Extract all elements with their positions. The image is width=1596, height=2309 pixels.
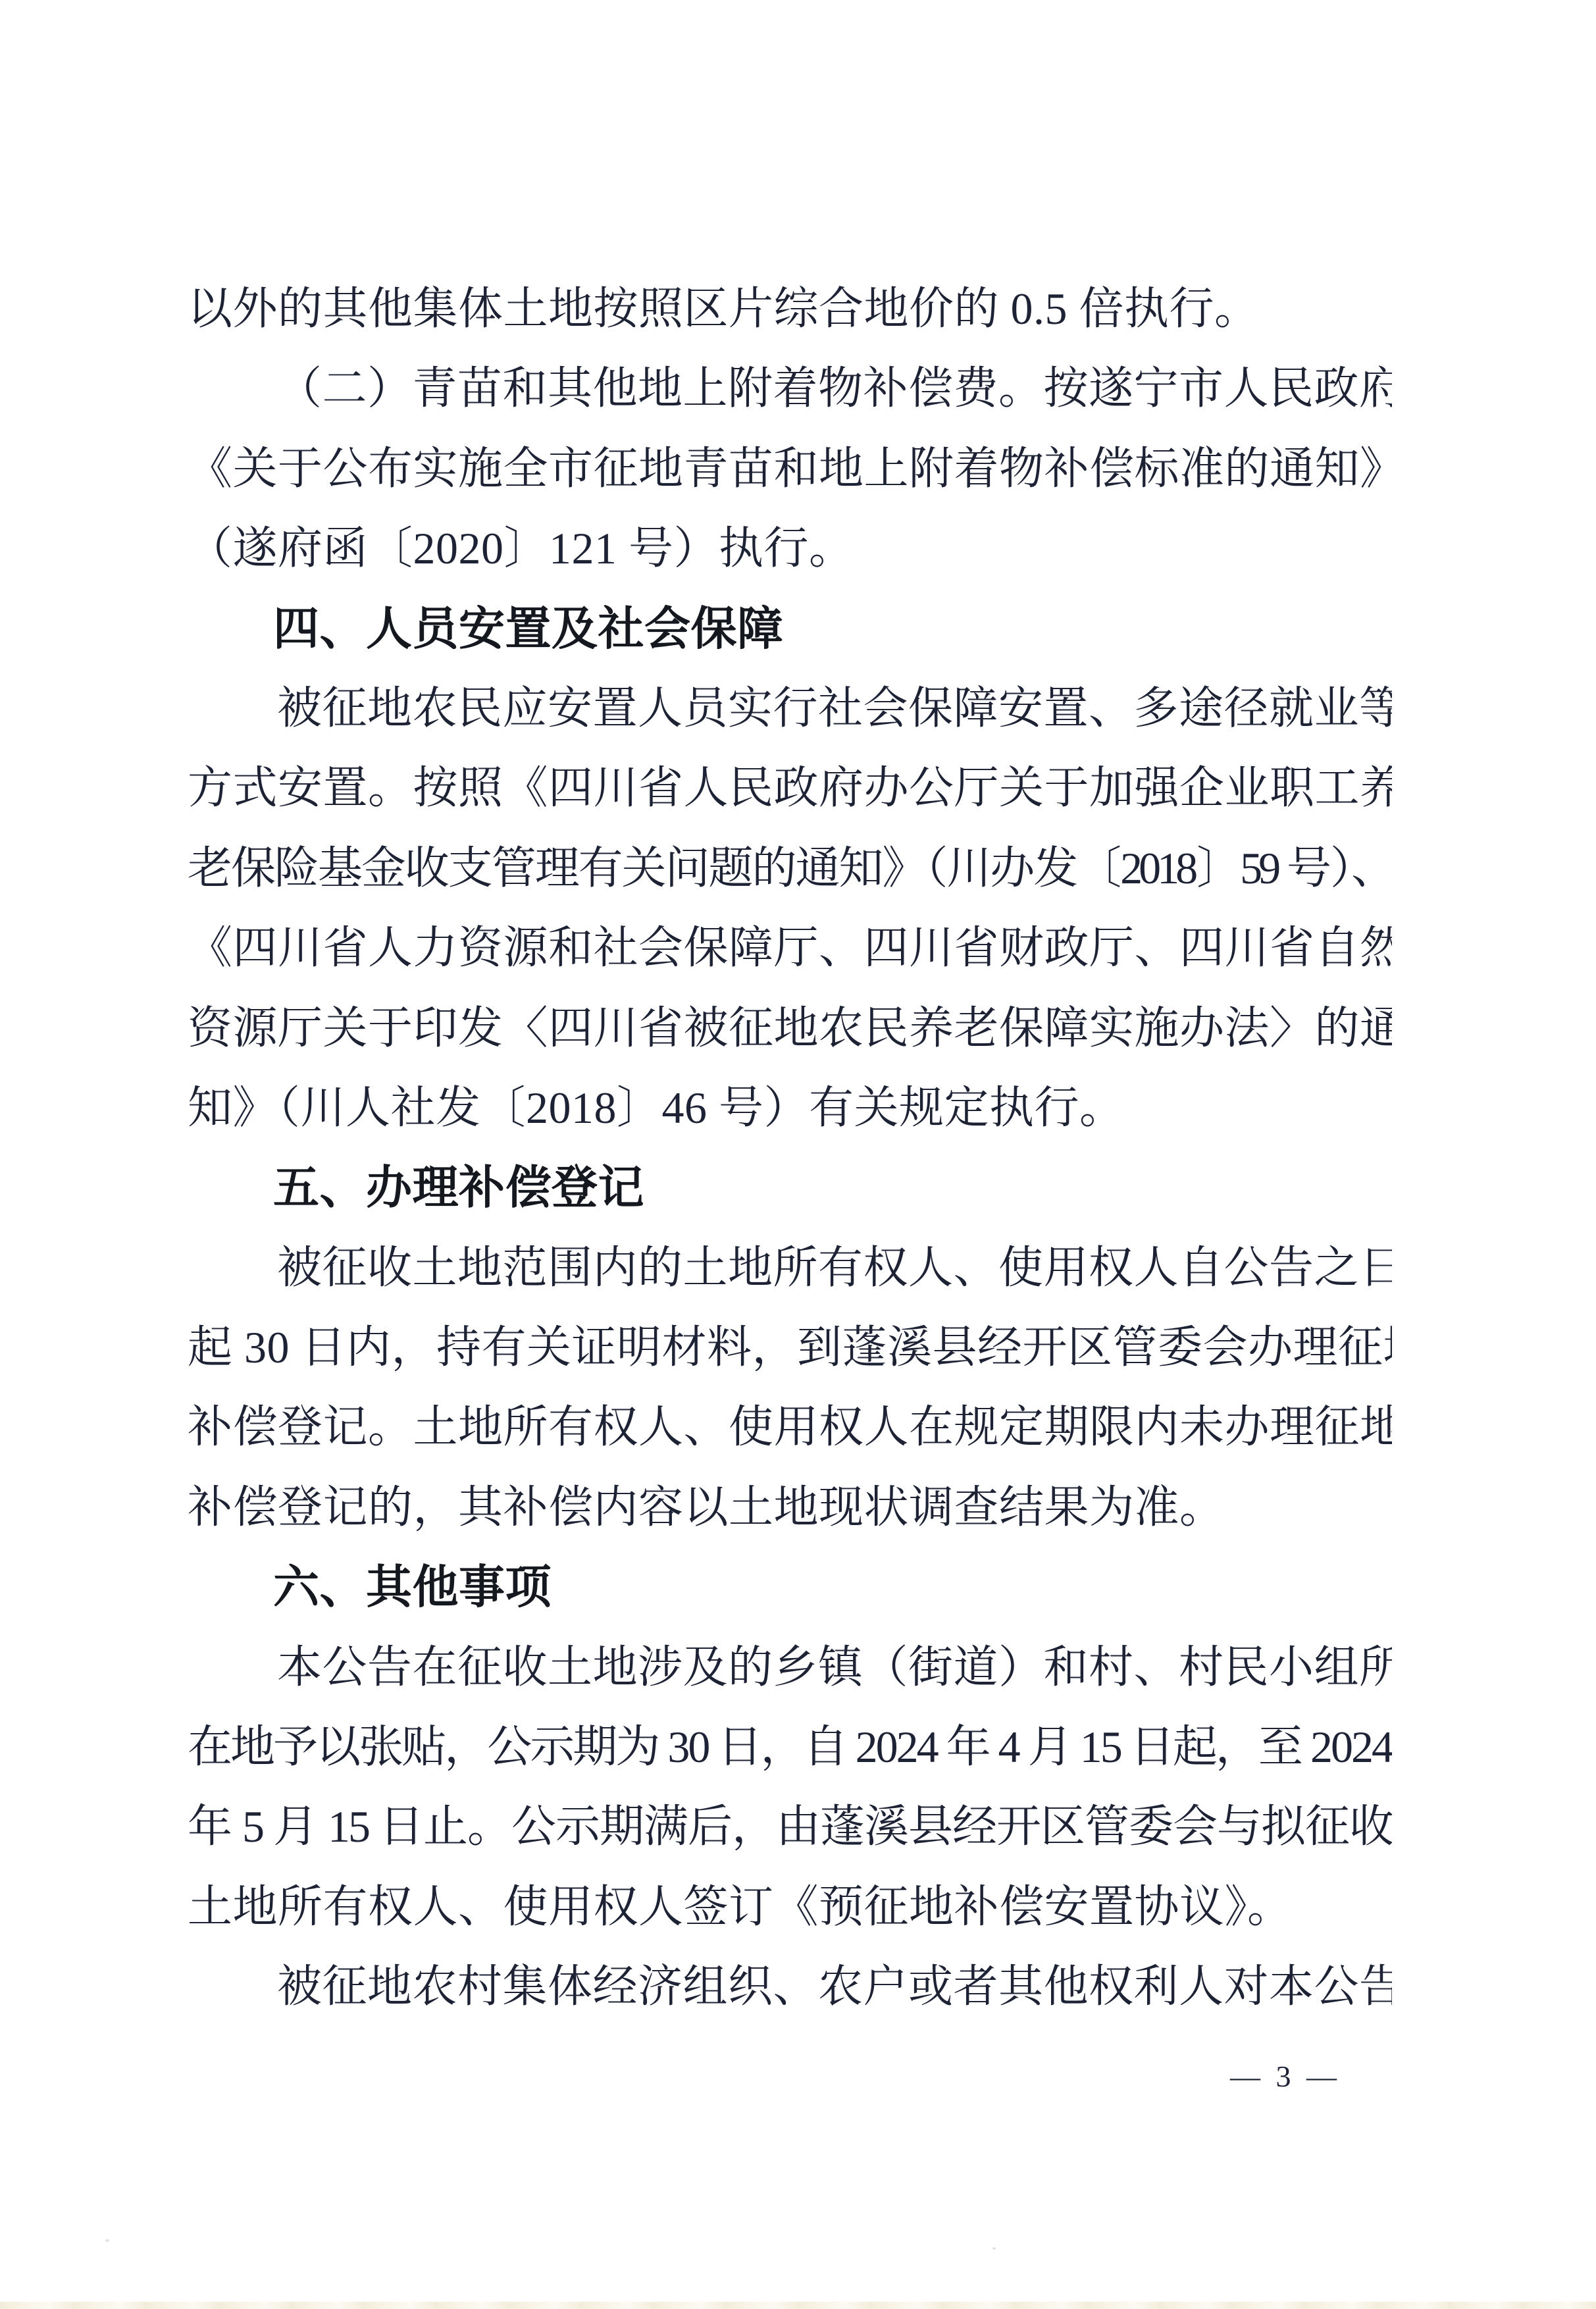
scan-edge-artifact — [0, 2302, 1596, 2309]
text-line: （遂府函〔2020〕121 号）执行。 — [188, 509, 1392, 588]
text-line: （二）青苗和其他地上附着物补偿费。按遂宁市人民政府 — [188, 349, 1392, 428]
text-line: 被征地农村集体经济组织、农户或者其他权利人对本公告 — [188, 1947, 1392, 2027]
text-line: 《四川省人力资源和社会保障厅、四川省财政厅、四川省自然 — [188, 908, 1392, 988]
text-line: 知》（川人社发〔2018〕46 号）有关规定执行。 — [188, 1068, 1392, 1148]
text-line: 年 5 月 15 日止。公示期满后，由蓬溪县经开区管委会与拟征收 — [188, 1787, 1392, 1867]
scan-speck — [105, 2239, 109, 2242]
text-line: 起 30 日内，持有关证明材料，到蓬溪县经开区管委会办理征地 — [188, 1308, 1392, 1388]
text-line: 以外的其他集体土地按照区片综合地价的 0.5 倍执行。 — [188, 269, 1392, 349]
document-page: 以外的其他集体土地按照区片综合地价的 0.5 倍执行。 （二）青苗和其他地上附着… — [0, 0, 1596, 2309]
document-text-block: 以外的其他集体土地按照区片综合地价的 0.5 倍执行。 （二）青苗和其他地上附着… — [188, 269, 1392, 2027]
section-heading: 四、人员安置及社会保障 — [188, 589, 1392, 669]
page-number: — 3 — — [1213, 2052, 1358, 2101]
text-line: 土地所有权人、使用权人签订《预征地补偿安置协议》。 — [188, 1867, 1392, 1947]
scan-speck — [992, 2247, 996, 2250]
text-line: 资源厅关于印发〈四川省被征地农民养老保障实施办法〉的通 — [188, 989, 1392, 1068]
text-line: 《关于公布实施全市征地青苗和地上附着物补偿标准的通知》 — [188, 429, 1392, 509]
text-line: 老保险基金收支管理有关问题的通知》（川办发〔2018〕59 号）、 — [188, 829, 1392, 908]
text-line: 补偿登记的，其补偿内容以土地现状调查结果为准。 — [188, 1468, 1392, 1547]
section-heading: 六、其他事项 — [188, 1547, 1392, 1627]
text-line: 补偿登记。土地所有权人、使用权人在规定期限内未办理征地 — [188, 1388, 1392, 1467]
text-line: 被征收土地范围内的土地所有权人、使用权人自公告之日 — [188, 1228, 1392, 1308]
text-line: 被征地农民应安置人员实行社会保障安置、多途径就业等 — [188, 669, 1392, 748]
text-line: 本公告在征收土地涉及的乡镇（街道）和村、村民小组所 — [188, 1628, 1392, 1707]
text-line: 方式安置。按照《四川省人民政府办公厅关于加强企业职工养 — [188, 748, 1392, 828]
text-line: 在地予以张贴，公示期为 30 日，自 2024 年 4 月 15 日起，至 20… — [188, 1707, 1392, 1787]
section-heading: 五、办理补偿登记 — [188, 1148, 1392, 1228]
